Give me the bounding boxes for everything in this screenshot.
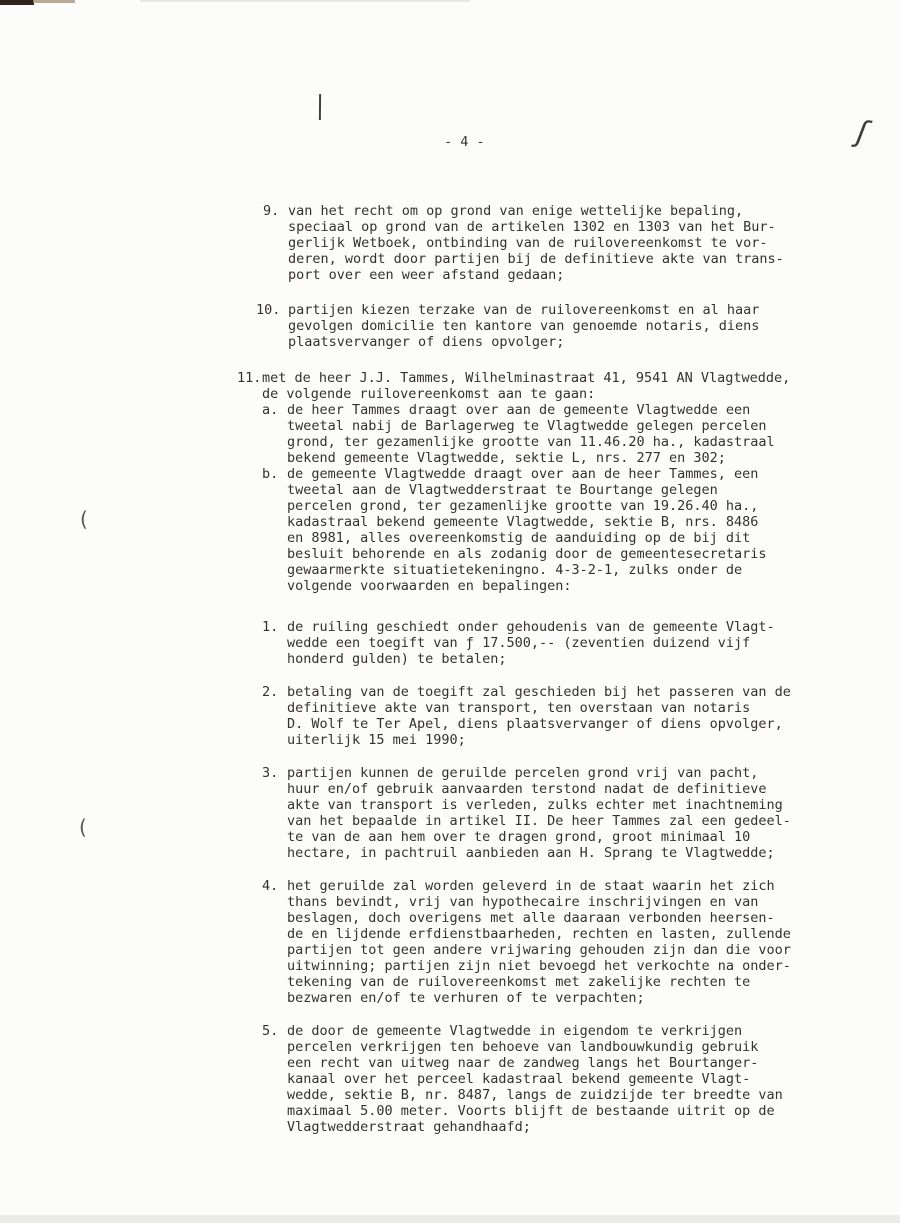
item-text: partijen kiezen terzake van de ruilovere…	[288, 302, 848, 350]
item-text: betaling van de toegift zal geschieden b…	[287, 684, 847, 748]
item-number: 1.	[262, 619, 287, 635]
condition-item-1: 1. de ruiling geschiedt onder gehoudenis…	[262, 619, 847, 667]
list-item-11: 11. met de heer J.J. Tammes, Wilhelminas…	[237, 370, 822, 402]
margin-parenthesis-mark-1: (	[80, 508, 88, 530]
item-number: 10.	[256, 302, 288, 318]
scan-shadow-bottom-edge	[0, 1215, 900, 1223]
item-text: de gemeente Vlagtwedde draagt over aan d…	[287, 466, 847, 594]
list-subitem-b: b. de gemeente Vlagtwedde draagt over aa…	[262, 466, 847, 594]
item-number: 4.	[262, 878, 287, 894]
condition-item-3: 3. partijen kunnen de geruilde percelen …	[262, 765, 847, 861]
stray-vertical-mark	[319, 94, 321, 120]
scan-smudge-top-left-2	[33, 0, 75, 3]
handwritten-corner-mark: ʃ	[854, 117, 869, 148]
item-text: de ruiling geschiedt onder gehoudenis va…	[287, 619, 847, 667]
item-number: 5.	[262, 1023, 287, 1039]
margin-parenthesis-mark-2: (	[79, 816, 87, 838]
item-text: het geruilde zal worden geleverd in de s…	[287, 878, 847, 1006]
item-text: met de heer J.J. Tammes, Wilhelminastraa…	[262, 370, 822, 402]
list-item-10: 10. partijen kiezen terzake van de ruilo…	[256, 302, 848, 350]
item-text: de heer Tammes draagt over aan de gemeen…	[287, 402, 847, 466]
item-number: 11.	[237, 370, 262, 386]
item-text: partijen kunnen de geruilde percelen gro…	[287, 765, 847, 861]
scanned-document-page: ʃ ( ( - 4 - 9. van het recht om op grond…	[0, 0, 900, 1223]
condition-item-5: 5. de door de gemeente Vlagtwedde in eig…	[262, 1023, 847, 1135]
item-number: 9.	[263, 203, 288, 219]
condition-item-2: 2. betaling van de toegift zal geschiede…	[262, 684, 847, 748]
item-letter: b.	[262, 466, 287, 482]
item-text: van het recht om op grond van enige wett…	[288, 203, 848, 283]
item-text: de door de gemeente Vlagtwedde in eigend…	[287, 1023, 847, 1135]
scan-smudge-top-left	[0, 0, 34, 5]
scan-smudge-top-edge	[140, 0, 470, 2]
page-number: - 4 -	[444, 134, 485, 150]
list-subitem-a: a. de heer Tammes draagt over aan de gem…	[262, 402, 847, 466]
condition-item-4: 4. het geruilde zal worden geleverd in d…	[262, 878, 847, 1006]
list-item-9: 9. van het recht om op grond van enige w…	[263, 203, 848, 283]
item-number: 3.	[262, 765, 287, 781]
item-number: 2.	[262, 684, 287, 700]
item-letter: a.	[262, 402, 287, 418]
